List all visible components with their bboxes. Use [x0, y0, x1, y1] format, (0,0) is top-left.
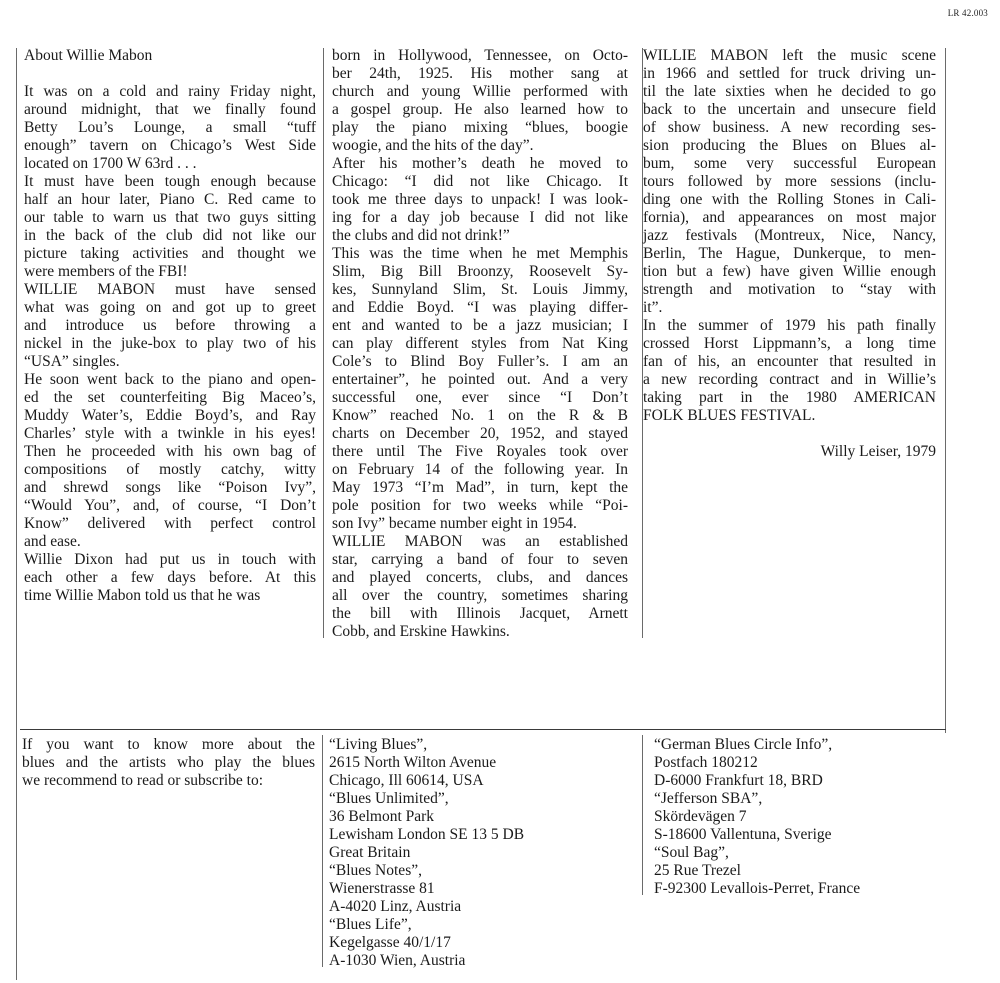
- text-line: kes, Sunnyland Slim, St. Louis Jimmy,: [332, 281, 628, 299]
- text-line: ber 24th, 1925. His mother sang at: [332, 65, 628, 83]
- article-paragraph: born in Hollywood, Tennessee, on Octo-be…: [332, 47, 628, 155]
- text-line: jazz festivals (Montreux, Nice, Nancy,: [643, 227, 936, 245]
- author-signature: Willy Leiser, 1979: [643, 443, 936, 461]
- text-line: WILLIE MABON must have sensed: [24, 281, 316, 299]
- text-line: on February 14 of the following year. In: [332, 461, 628, 479]
- text-line: ent and wanted to be a jazz musician; I: [332, 317, 628, 335]
- text-line: tours followed by more sessions (inclu-: [643, 173, 936, 191]
- address-line: Lewisham London SE 13 5 DB: [329, 826, 524, 844]
- text-line: After his mother’s death he moved to: [332, 155, 628, 173]
- text-line: entertainer”, he pointed out. And a very: [332, 371, 628, 389]
- text-line: can play different styles from Nat King: [332, 335, 628, 353]
- text-line: successful one, ever since “I Don’t: [332, 389, 628, 407]
- article-column-2: born in Hollywood, Tennessee, on Octo-be…: [332, 47, 628, 641]
- address-line: Wienerstrasse 81: [329, 880, 524, 898]
- recommendations-intro: If you want to know more about theblues …: [22, 736, 315, 790]
- text-line: “Would You”, and, of course, “I Don’t: [24, 497, 316, 515]
- address-divider-2: [642, 735, 643, 895]
- article-paragraph: This was the time when he met MemphisSli…: [332, 245, 628, 533]
- text-line: ing for a day job because I did not like: [332, 209, 628, 227]
- address-line: “Living Blues”,: [329, 736, 524, 754]
- address-line: 36 Belmont Park: [329, 808, 524, 826]
- text-line: If you want to know more about the: [22, 736, 315, 754]
- text-line: “USA” singles.: [24, 353, 316, 371]
- text-line: sion producing the Blues on Blues al-: [643, 137, 936, 155]
- text-line: ed the set counterfeiting Big Maceo’s,: [24, 389, 316, 407]
- article-paragraph: It must have been tough enough becauseha…: [24, 173, 316, 281]
- text-line: Then he proceeded with his own bag of: [24, 443, 316, 461]
- address-line: “Jefferson SBA”,: [654, 790, 860, 808]
- article-title: About Willie Mabon: [24, 47, 316, 65]
- text-line: fornia), and appearances on most major: [643, 209, 936, 227]
- column-divider-1: [323, 48, 324, 638]
- address-line: Chicago, Ill 60614, USA: [329, 772, 524, 790]
- address-line: “Blues Unlimited”,: [329, 790, 524, 808]
- text-line: there until The Five Royales took over: [332, 443, 628, 461]
- address-line: Skördevägen 7: [654, 808, 860, 826]
- article-column-1: About Willie Mabon It was on a cold and …: [24, 47, 316, 605]
- address-line: “Soul Bag”,: [654, 844, 860, 862]
- address-divider-1: [322, 735, 323, 967]
- text-line: and ease.: [24, 533, 316, 551]
- text-line: strength and motivation to “stay with: [643, 281, 936, 299]
- text-line: He soon went back to the piano and open-: [24, 371, 316, 389]
- text-line: crossed Horst Lippmann’s, a long time: [643, 335, 936, 353]
- article-paragraph: After his mother’s death he moved toChic…: [332, 155, 628, 245]
- address-line: S-18600 Vallentuna, Sverige: [654, 826, 860, 844]
- text-line: Charles’ style with a twinkle in his eye…: [24, 425, 316, 443]
- text-line: Willie Dixon had put us in touch with: [24, 551, 316, 569]
- text-line: taking part in the 1980 AMERICAN: [643, 389, 936, 407]
- addresses-column-2: “German Blues Circle Info”,Postfach 1802…: [654, 736, 860, 898]
- article-paragraph: Willie Dixon had put us in touch witheac…: [24, 551, 316, 605]
- text-line: Know” delivered with perfect control: [24, 515, 316, 533]
- article-paragraph: In the summer of 1979 his path finallycr…: [643, 317, 936, 425]
- text-line: Chicago: “I did not like Chicago. It: [332, 173, 628, 191]
- text-line: Know” reached No. 1 on the R & B: [332, 407, 628, 425]
- text-line: Slim, Big Bill Broonzy, Roosevelt Sy-: [332, 263, 628, 281]
- text-line: the clubs and did not drink!”: [332, 227, 628, 245]
- text-line: nickel in the juke-box to play two of hi…: [24, 335, 316, 353]
- text-line: what was going on and got up to greet: [24, 299, 316, 317]
- address-line: A-1030 Wien, Austria: [329, 952, 524, 970]
- catalog-number: LR 42.003: [948, 8, 988, 18]
- text-line: it”.: [643, 299, 936, 317]
- text-line: til the late sixties when he decided to …: [643, 83, 936, 101]
- text-line: blues and the artists who play the blues: [22, 754, 315, 772]
- text-line: located on 1700 W 63rd . . .: [24, 155, 316, 173]
- text-line: took me three days to unpack! I was look…: [332, 191, 628, 209]
- text-line: all over the country, sometimes sharing: [332, 587, 628, 605]
- text-line: our table to warn us that two guys sitti…: [24, 209, 316, 227]
- text-line: Berlin, The Hague, Dunkerque, to men-: [643, 245, 936, 263]
- address-line: D-6000 Frankfurt 18, BRD: [654, 772, 860, 790]
- article-paragraph: WILLIE MABON left the music scenein 1966…: [643, 47, 936, 317]
- text-line: a new recording contract and in Willie’s: [643, 371, 936, 389]
- address-line: 25 Rue Trezel: [654, 862, 860, 880]
- address-line: Great Britain: [329, 844, 524, 862]
- column-divider-left-border: [16, 48, 17, 980]
- text-line: play the piano mixing “blues, boogie: [332, 119, 628, 137]
- text-line: born in Hollywood, Tennessee, on Octo-: [332, 47, 628, 65]
- text-line: in 1966 and settled for truck driving un…: [643, 65, 936, 83]
- text-line: compositions of mostly catchy, witty: [24, 461, 316, 479]
- text-line: tion but a few) have given Willie enough: [643, 263, 936, 281]
- text-line: Betty Lou’s Lounge, a small “tuff: [24, 119, 316, 137]
- text-line: half an hour later, Piano C. Red came to: [24, 191, 316, 209]
- text-line: In the summer of 1979 his path finally: [643, 317, 936, 335]
- article-paragraph: It was on a cold and rainy Friday night,…: [24, 83, 316, 173]
- text-line: May 1973 “I’m Mad”, in turn, kept the: [332, 479, 628, 497]
- text-line: and played concerts, clubs, and dances: [332, 569, 628, 587]
- text-line: Cobb, and Erskine Hawkins.: [332, 623, 628, 641]
- address-line: A-4020 Linz, Austria: [329, 898, 524, 916]
- text-line: It must have been tough enough because: [24, 173, 316, 191]
- address-line: F-92300 Levallois-Perret, France: [654, 880, 860, 898]
- text-line: Cole’s to Blind Boy Fuller’s. I am an: [332, 353, 628, 371]
- text-line: back to the uncertain and unsecure field: [643, 101, 936, 119]
- address-line: Kegelgasse 40/1/17: [329, 934, 524, 952]
- text-line: were members of the FBI!: [24, 263, 316, 281]
- address-line: Postfach 180212: [654, 754, 860, 772]
- text-line: WILLIE MABON was an established: [332, 533, 628, 551]
- address-line: “German Blues Circle Info”,: [654, 736, 860, 754]
- article-column-3: WILLIE MABON left the music scenein 1966…: [643, 47, 936, 461]
- addresses-column-1: “Living Blues”,2615 North Wilton AvenueC…: [329, 736, 524, 970]
- text-line: pole position for two weeks while “Poi-: [332, 497, 628, 515]
- text-line: and shrewd songs like “Poison Ivy”,: [24, 479, 316, 497]
- text-line: we recommend to read or subscribe to:: [22, 772, 315, 790]
- text-line: ding one with the Rolling Stones in Cali…: [643, 191, 936, 209]
- text-line: around midnight, that we finally found: [24, 101, 316, 119]
- text-line: a gospel group. He also learned how to: [332, 101, 628, 119]
- text-line: WILLIE MABON left the music scene: [643, 47, 936, 65]
- address-line: 2615 North Wilton Avenue: [329, 754, 524, 772]
- right-border: [945, 48, 946, 733]
- text-line: church and young Willie performed with: [332, 83, 628, 101]
- text-line: fan of his, an encounter that resulted i…: [643, 353, 936, 371]
- text-line: star, carrying a band of four to seven: [332, 551, 628, 569]
- article-paragraph: WILLIE MABON was an establishedstar, car…: [332, 533, 628, 641]
- address-line: “Blues Life”,: [329, 916, 524, 934]
- text-line: and Eddie Boyd. “I was playing differ-: [332, 299, 628, 317]
- text-line: charts on December 20, 1952, and stayed: [332, 425, 628, 443]
- text-line: the bill with Illinois Jacquet, Arnett: [332, 605, 628, 623]
- text-line: This was the time when he met Memphis: [332, 245, 628, 263]
- text-line: bum, some very successful European: [643, 155, 936, 173]
- text-line: in the back of the club did not like our: [24, 227, 316, 245]
- text-line: woogie, and the hits of the day”.: [332, 137, 628, 155]
- address-line: “Blues Notes”,: [329, 862, 524, 880]
- text-line: FOLK BLUES FESTIVAL.: [643, 407, 936, 425]
- text-line: Muddy Water’s, Eddie Boyd’s, and Ray: [24, 407, 316, 425]
- section-divider: [20, 729, 946, 730]
- text-line: enough” tavern on Chicago’s West Side: [24, 137, 316, 155]
- text-line: picture taking activities and thought we: [24, 245, 316, 263]
- article-paragraph: He soon went back to the piano and open-…: [24, 371, 316, 551]
- text-line: of show business. A new recording ses-: [643, 119, 936, 137]
- text-line: It was on a cold and rainy Friday night,: [24, 83, 316, 101]
- text-line: each other a few days before. At this: [24, 569, 316, 587]
- text-line: son Ivy” became number eight in 1954.: [332, 515, 628, 533]
- article-paragraph: WILLIE MABON must have sensedwhat was go…: [24, 281, 316, 371]
- text-line: time Willie Mabon told us that he was: [24, 587, 316, 605]
- text-line: and introduce us before throwing a: [24, 317, 316, 335]
